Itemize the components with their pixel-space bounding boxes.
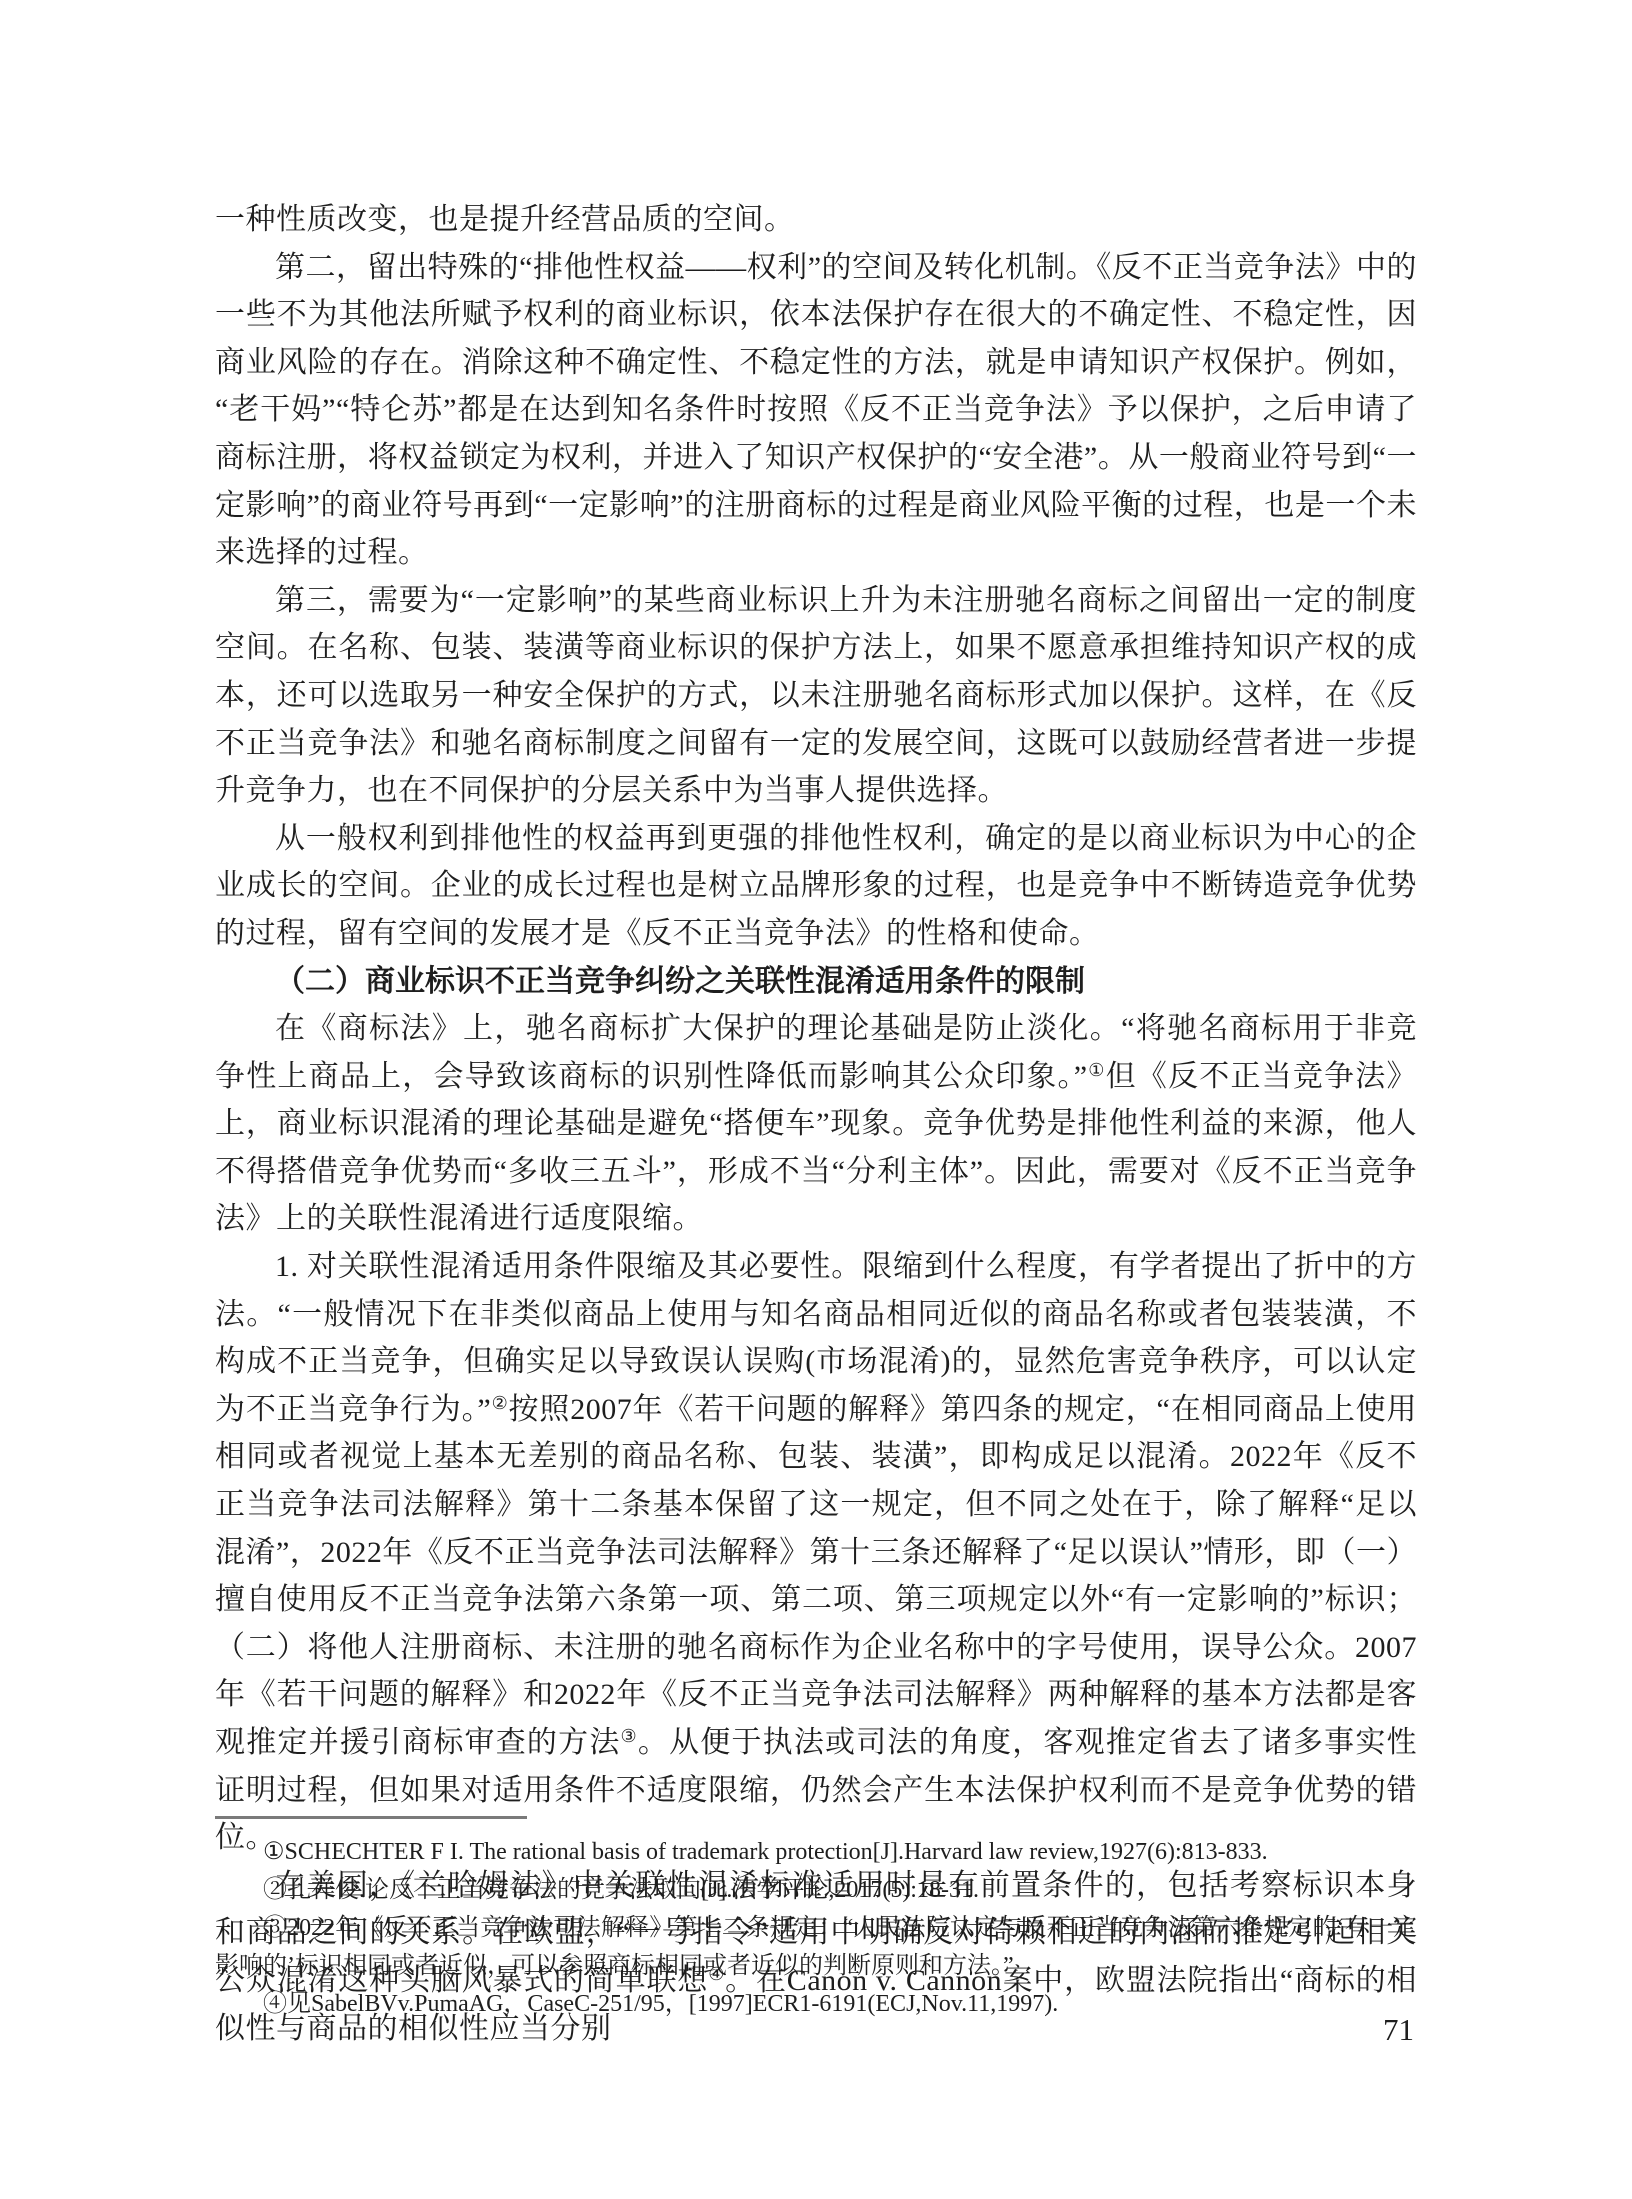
footnote-item: ③2022年《反不正当竞争法司法解释》第十二条规定：“人民法院认定与反不正当竞争… (215, 1909, 1417, 1985)
page-number: 71 (1383, 2012, 1414, 2048)
footnote-ref-marker: ② (491, 1393, 508, 1413)
footnote-ref-marker: ③ (621, 1726, 638, 1746)
body-paragraph: 第三，需要为“一定影响”的某些商业标识上升为未注册驰名商标之间留出一定的制度空间… (215, 577, 1417, 815)
document-page: 一种性质改变，也是提升经营品质的空间。第二，留出特殊的“排他性权益——权利”的空… (0, 0, 1632, 2199)
body-paragraph: 一种性质改变，也是提升经营品质的空间。 (215, 196, 1417, 244)
footnote-ref-marker: ① (1088, 1060, 1106, 1080)
body-paragraph: 第二，留出特殊的“排他性权益——权利”的空间及转化机制。《反不正当竞争法》中的一… (215, 244, 1417, 577)
footnote-list: ①SCHECHTER F I. The rational basis of tr… (215, 1833, 1417, 2023)
footnote-item: ①SCHECHTER F I. The rational basis of tr… (215, 1833, 1417, 1871)
footnote-separator (215, 1816, 527, 1819)
footnote-item: ④见SabelBVv.PumaAG，CaseC-251/95，[1997]ECR… (215, 1985, 1417, 2023)
body-paragraph: 从一般权利到排他性的权益再到更强的排他性权利，确定的是以商业标识为中心的企业成长… (215, 815, 1417, 958)
section-heading: （二）商业标识不正当竞争纠纷之关联性混淆适用条件的限制 (215, 958, 1417, 1006)
footnote-item: ②孔祥俊.论反不正当竞争法的竞争法取向[J].法学评论,2017(5):18-3… (215, 1871, 1417, 1909)
article-body: 一种性质改变，也是提升经营品质的空间。第二，留出特殊的“排他性权益——权利”的空… (215, 196, 1417, 2052)
body-paragraph: 在《商标法》上，驰名商标扩大保护的理论基础是防止淡化。“将驰名商标用于非竞争性上… (215, 1005, 1417, 1243)
footnote-area: ①SCHECHTER F I. The rational basis of tr… (215, 1816, 1417, 2023)
body-paragraph: 1. 对关联性混淆适用条件限缩及其必要性。限缩到什么程度，有学者提出了折中的方法… (215, 1243, 1417, 1862)
